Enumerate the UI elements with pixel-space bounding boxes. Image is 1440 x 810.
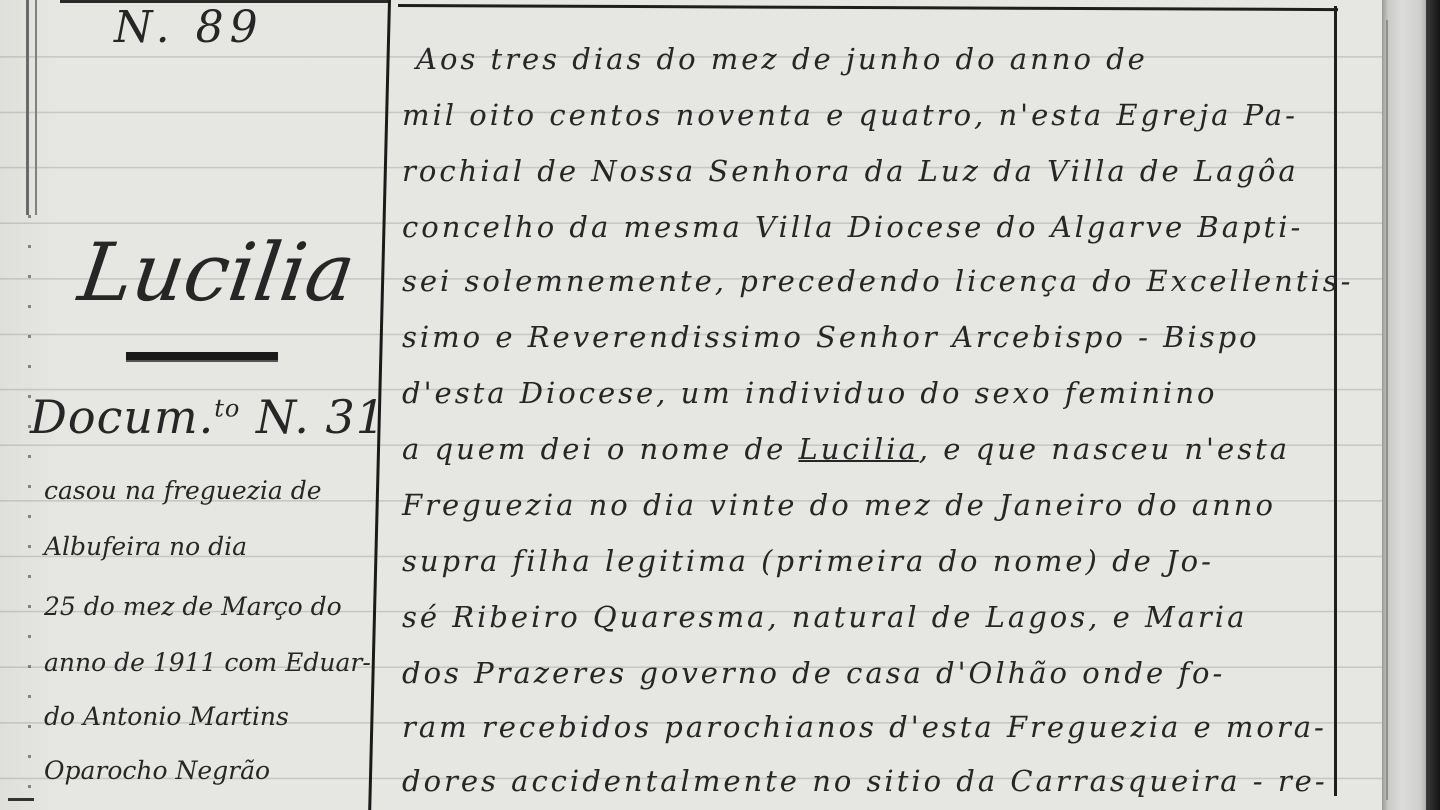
annotation-line: Oparocho Negrão xyxy=(44,756,270,785)
entry-line: d'esta Diocese, um individuo do sexo fem… xyxy=(402,376,1217,410)
name-underline xyxy=(126,352,278,362)
margin-line-inner xyxy=(35,0,37,215)
doc-label: Docum. xyxy=(30,390,214,444)
entry-line: a quem dei o nome de Lucilia, e que nasc… xyxy=(402,432,1290,466)
entry-line: rochial de Nossa Senhora da Luz da Villa… xyxy=(402,154,1299,188)
book-binding-shadow xyxy=(1426,0,1440,810)
annotation-line: Albufeira no dia xyxy=(44,532,247,561)
entry-line: Freguezia no dia vinte do mez de Janeiro… xyxy=(402,488,1276,522)
entry-line: concelho da mesma Villa Diocese do Algar… xyxy=(402,210,1303,244)
entry-line: sei solemnemente, precedendo licença do … xyxy=(402,264,1353,298)
register-page: N. 89 Lucilia Docum.to N. 31 casou na fr… xyxy=(0,0,1440,810)
page-edge xyxy=(1382,0,1428,810)
entry-line-text: a quem dei o nome de xyxy=(402,432,786,466)
entry-baptized-name: Lucilia xyxy=(799,432,919,466)
entry-line: Aos tres dias do mez de junho do anno de xyxy=(416,42,1148,76)
page-edge-line xyxy=(1386,20,1388,800)
entry-line: ram recebidos parochianos d'esta Freguez… xyxy=(402,710,1327,744)
annotation-line: anno de 1911 com Eduar- xyxy=(44,648,371,677)
margin-line xyxy=(26,0,29,215)
baptized-name: Lucilia xyxy=(73,226,360,319)
annotation-line: do Antonio Martins xyxy=(44,702,289,731)
entry-line: sé Ribeiro Quaresma, natural de Lagos, e… xyxy=(402,600,1247,634)
margin-dotted-line xyxy=(28,215,31,805)
margin-foot-mark xyxy=(8,798,34,801)
entry-line: mil oito centos noventa e quatro, n'esta… xyxy=(402,98,1298,132)
document-reference: Docum.to N. 31 xyxy=(30,390,386,444)
entry-number: N. 89 xyxy=(114,2,264,53)
entry-right-border xyxy=(1334,6,1337,796)
doc-number: N. 31 xyxy=(256,390,386,444)
entry-line-text: , e que nasceu n'esta xyxy=(919,432,1290,466)
entry-line: simo e Reverendissimo Senhor Arcebispo -… xyxy=(402,320,1260,354)
entry-line: supra filha legitima (primeira do nome) … xyxy=(402,544,1214,578)
entry-line: dos Prazeres governo de casa d'Olhão ond… xyxy=(402,656,1225,690)
annotation-line: casou na freguezia de xyxy=(44,476,322,505)
annotation-line: 25 do mez de Março do xyxy=(44,592,342,621)
entry-line: dores accidentalmente no sitio da Carras… xyxy=(402,764,1328,798)
doc-label-superscript: to xyxy=(214,395,240,423)
